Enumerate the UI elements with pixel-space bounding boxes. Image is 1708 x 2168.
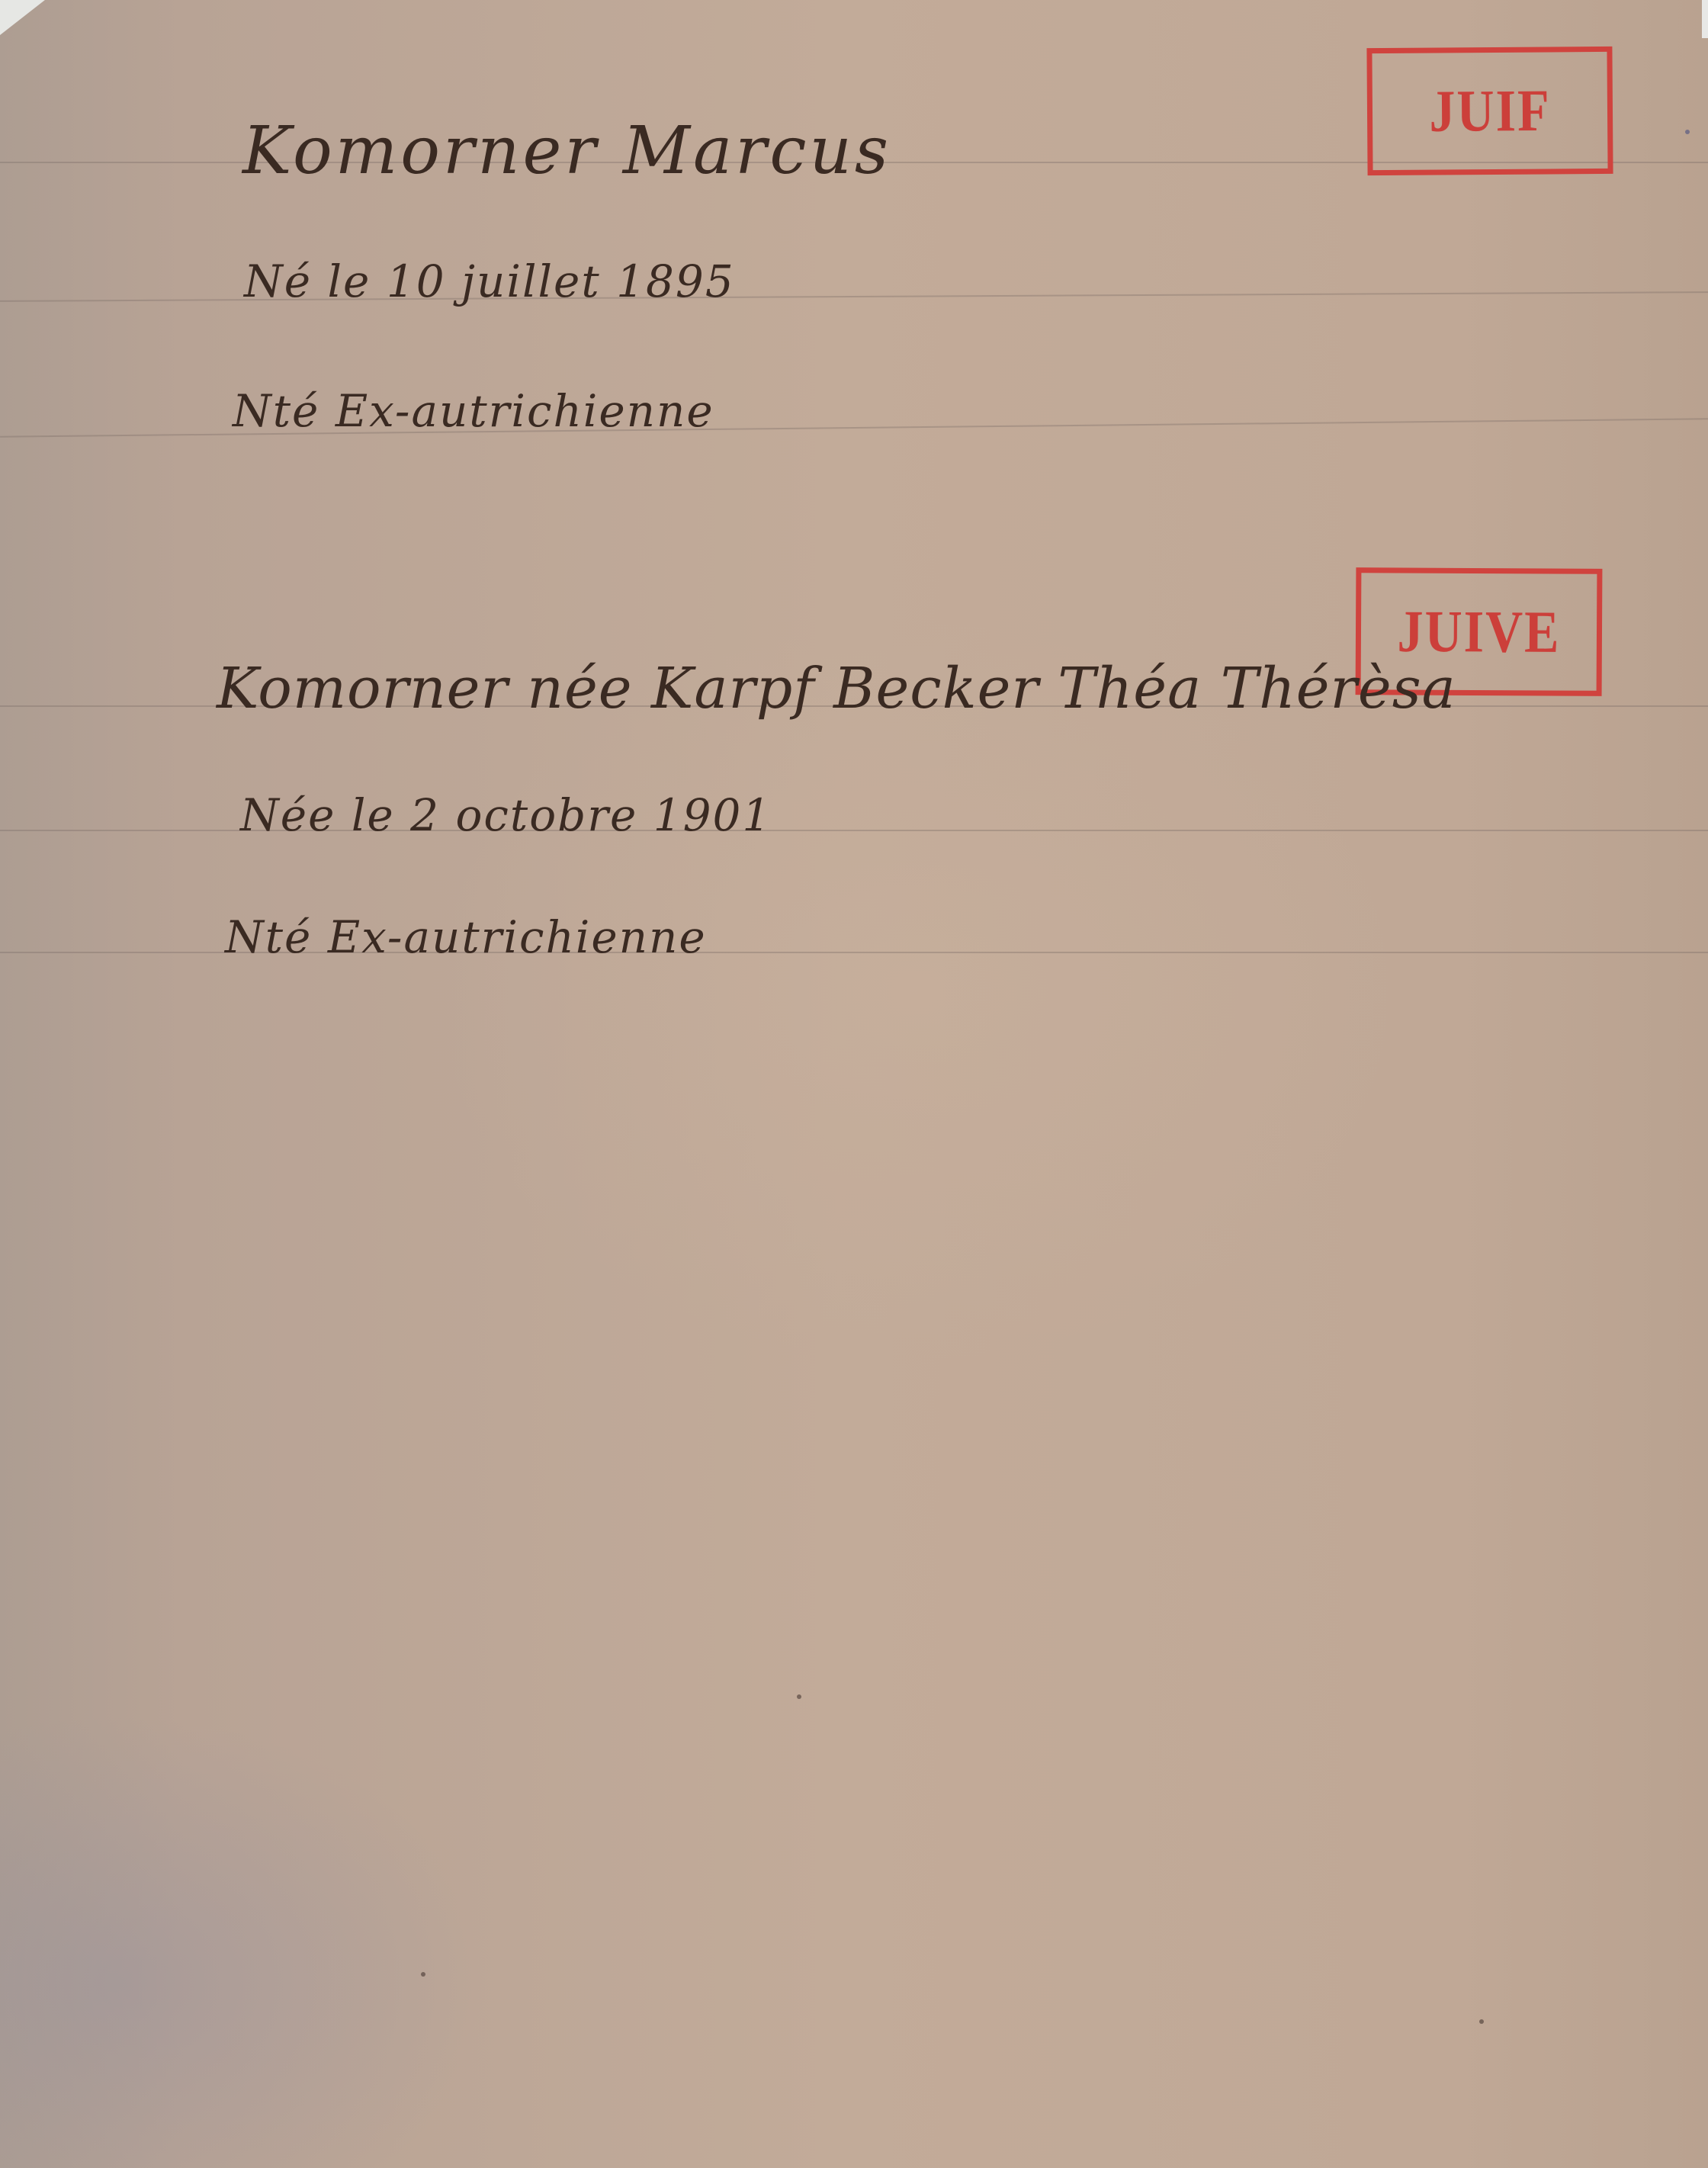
entry-2-birth-date: Née le 2 octobre 1901 bbox=[240, 789, 772, 841]
document-page: Komorner Marcus Né le 10 juillet 1895 Nt… bbox=[0, 0, 1708, 2168]
paper-speck bbox=[1685, 130, 1690, 134]
entry-1-name: Komorner Marcus bbox=[242, 113, 891, 189]
page-corner-background bbox=[0, 0, 64, 46]
paper-speck bbox=[1479, 2019, 1484, 2024]
entry-2-name: Komorner née Karpf Becker Théa Thérèsa bbox=[217, 656, 1456, 721]
stamp-label: JUIF bbox=[1429, 76, 1551, 146]
paper-speck bbox=[797, 1694, 801, 1699]
entry-2-nationality: Nté Ex-autrichienne bbox=[225, 911, 707, 963]
paper-speck bbox=[421, 1972, 425, 1977]
entry-1-stamp: JUIF bbox=[1366, 47, 1613, 175]
entry-1-birth-date: Né le 10 juillet 1895 bbox=[244, 255, 735, 307]
entry-1-nationality: Nté Ex-autrichienne bbox=[233, 385, 714, 437]
page-corner-background bbox=[1702, 0, 1708, 38]
